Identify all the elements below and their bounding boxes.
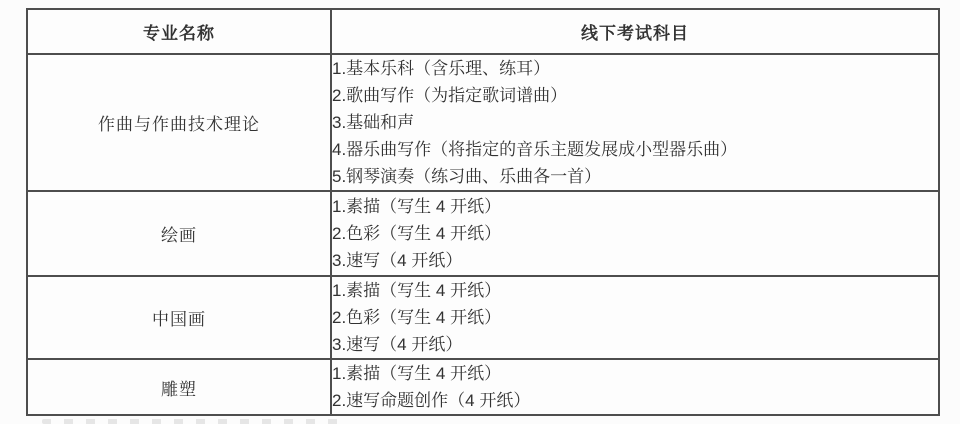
subject-item: 4.器乐曲写作（将指定的音乐主题发展成小型器乐曲） <box>332 136 938 163</box>
subject-item: 1.基本乐科（含乐理、练耳） <box>332 55 938 82</box>
subject-item: 2.色彩（写生 4 开纸） <box>332 220 938 247</box>
subject-item: 2.速写命题创作（4 开纸） <box>332 387 938 414</box>
subject-item: 1.素描（写生 4 开纸） <box>332 277 938 304</box>
subject-list: 1.素描（写生 4 开纸） 2.色彩（写生 4 开纸） 3.速写（4 开纸） <box>331 276 939 359</box>
table-row: 绘画 1.素描（写生 4 开纸） 2.色彩（写生 4 开纸） 3.速写（4 开纸… <box>27 191 939 276</box>
major-name: 绘画 <box>27 191 331 276</box>
subject-item: 3.速写（4 开纸） <box>332 247 938 274</box>
subject-list: 1.素描（写生 4 开纸） 2.色彩（写生 4 开纸） 3.速写（4 开纸） <box>331 191 939 276</box>
subject-list: 1.素描（写生 4 开纸） 2.速写命题创作（4 开纸） <box>331 359 939 415</box>
subject-list: 1.基本乐科（含乐理、练耳） 2.歌曲写作（为指定歌词谱曲） 3.基础和声 4.… <box>331 54 939 191</box>
page-canvas: 专业名称 线下考试科目 作曲与作曲技术理论 1.基本乐科（含乐理、练耳） 2.歌… <box>0 0 960 424</box>
table-row: 中国画 1.素描（写生 4 开纸） 2.色彩（写生 4 开纸） 3.速写（4 开… <box>27 276 939 359</box>
column-header-major: 专业名称 <box>27 9 331 54</box>
subject-item: 1.素描（写生 4 开纸） <box>332 360 938 387</box>
table-row: 作曲与作曲技术理论 1.基本乐科（含乐理、练耳） 2.歌曲写作（为指定歌词谱曲）… <box>27 54 939 191</box>
major-name: 中国画 <box>27 276 331 359</box>
major-name: 作曲与作曲技术理论 <box>27 54 331 191</box>
subject-item: 2.色彩（写生 4 开纸） <box>332 304 938 331</box>
subject-item: 5.钢琴演奏（练习曲、乐曲各一首） <box>332 163 938 190</box>
major-name: 雕塑 <box>27 359 331 415</box>
subject-item: 3.速写（4 开纸） <box>332 331 938 358</box>
header-row: 专业名称 线下考试科目 <box>27 9 939 54</box>
cutoff-text-artifact <box>42 419 342 424</box>
column-header-subjects: 线下考试科目 <box>331 9 939 54</box>
table-row: 雕塑 1.素描（写生 4 开纸） 2.速写命题创作（4 开纸） <box>27 359 939 415</box>
subject-item: 1.素描（写生 4 开纸） <box>332 193 938 220</box>
subject-item: 2.歌曲写作（为指定歌词谱曲） <box>332 82 938 109</box>
exam-subjects-table: 专业名称 线下考试科目 作曲与作曲技术理论 1.基本乐科（含乐理、练耳） 2.歌… <box>26 8 940 416</box>
subject-item: 3.基础和声 <box>332 109 938 136</box>
